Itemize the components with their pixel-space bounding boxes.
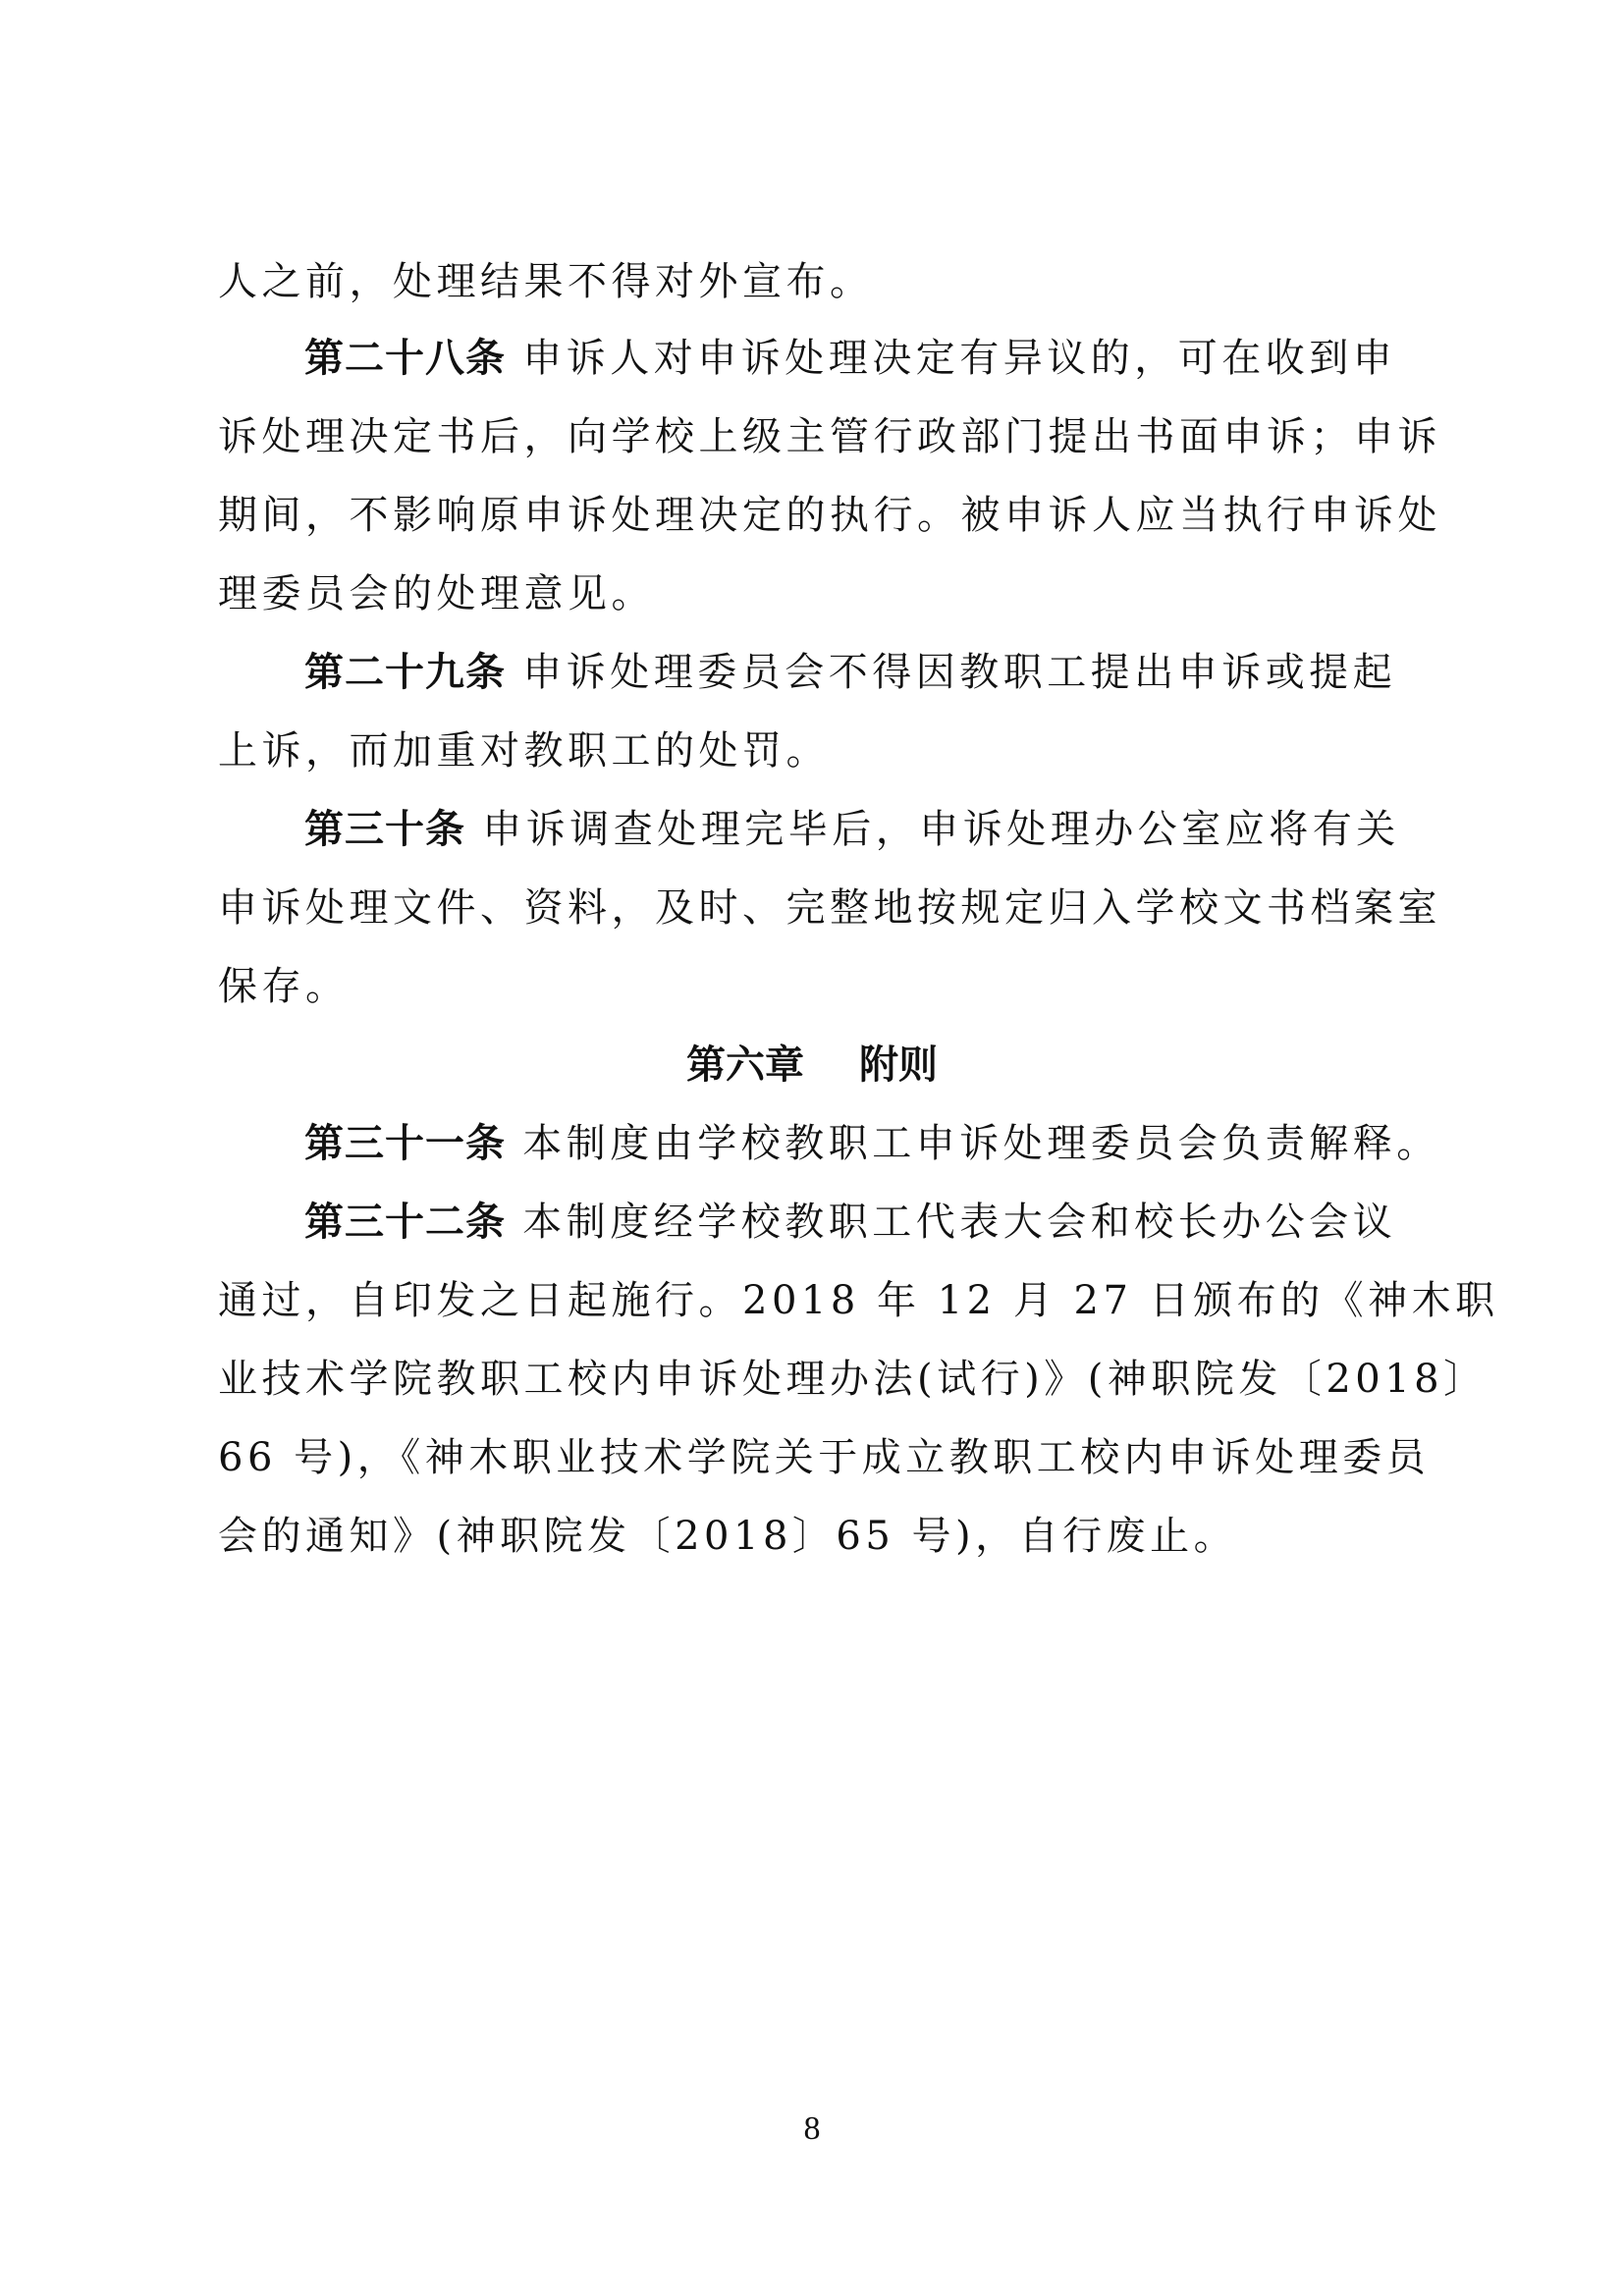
article-32-line: 66 号)，《神木职业技术学院关于成立教职工校内申诉处理委员 — [218, 1433, 1426, 1482]
article-32-first-line: 第三十二条 本制度经学校教职工代表大会和校长办公会议 — [304, 1198, 1426, 1247]
article-29-first-line: 第二十九条 申诉处理委员会不得因教职工提出申诉或提起 — [304, 648, 1426, 697]
article-30-line: 申诉处理文件、资料，及时、完整地按规定归入学校文书档案室 — [218, 883, 1426, 933]
article-number: 第三十一条 — [304, 1121, 506, 1166]
page-number: 8 — [0, 2110, 1624, 2148]
article-28-line: 理委员会的处理意见。 — [218, 569, 1426, 618]
article-29-line: 上诉，而加重对教职工的处罚。 — [218, 726, 1426, 775]
article-30-first-line: 第三十条 申诉调查处理完毕后，申诉处理办公室应将有关 — [304, 805, 1426, 854]
article-32-line: 会的通知》(神职院发〔2018〕65 号)，自行废止。 — [218, 1512, 1426, 1561]
chapter-title: 附则 — [859, 1042, 938, 1088]
article-text: 申诉调查处理完毕后，申诉处理办公室应将有关 — [482, 807, 1400, 852]
document-page: 人之前，处理结果不得对外宣布。 第二十八条 申诉人对申诉处理决定有异议的，可在收… — [0, 0, 1624, 2296]
article-27-continuation: 人之前，处理结果不得对外宣布。 — [218, 257, 1426, 306]
article-28-line: 期间，不影响原申诉处理决定的执行。被申诉人应当执行申诉处 — [218, 491, 1426, 540]
article-28-line: 诉处理决定书后，向学校上级主管行政部门提出书面申诉；申诉 — [218, 412, 1426, 461]
chapter-heading: 第六章附则 — [0, 1041, 1624, 1090]
article-28-first-line: 第二十八条 申诉人对申诉处理决定有异议的，可在收到申 — [304, 334, 1426, 383]
article-text: 本制度经学校教职工代表大会和校长办公会议 — [522, 1200, 1396, 1245]
article-number: 第三十二条 — [304, 1200, 506, 1245]
article-number: 第三十条 — [304, 807, 465, 852]
article-text: 申诉处理委员会不得因教职工提出申诉或提起 — [522, 650, 1396, 695]
article-31-first-line: 第三十一条 本制度由学校教职工申诉处理委员会负责解释。 — [304, 1119, 1426, 1168]
article-text: 本制度由学校教职工申诉处理委员会负责解释。 — [522, 1121, 1440, 1166]
article-number: 第二十九条 — [304, 650, 506, 695]
article-32-line: 通过，自印发之日起施行。2018 年 12 月 27 日颁布的《神木职 — [218, 1276, 1426, 1325]
chapter-number: 第六章 — [686, 1042, 804, 1088]
article-32-line: 业技术学院教职工校内申诉处理办法(试行)》(神职院发〔2018〕 — [218, 1355, 1426, 1404]
article-text: 申诉人对申诉处理决定有异议的，可在收到申 — [522, 336, 1396, 381]
article-30-line: 保存。 — [218, 962, 1426, 1011]
article-number: 第二十八条 — [304, 336, 506, 381]
